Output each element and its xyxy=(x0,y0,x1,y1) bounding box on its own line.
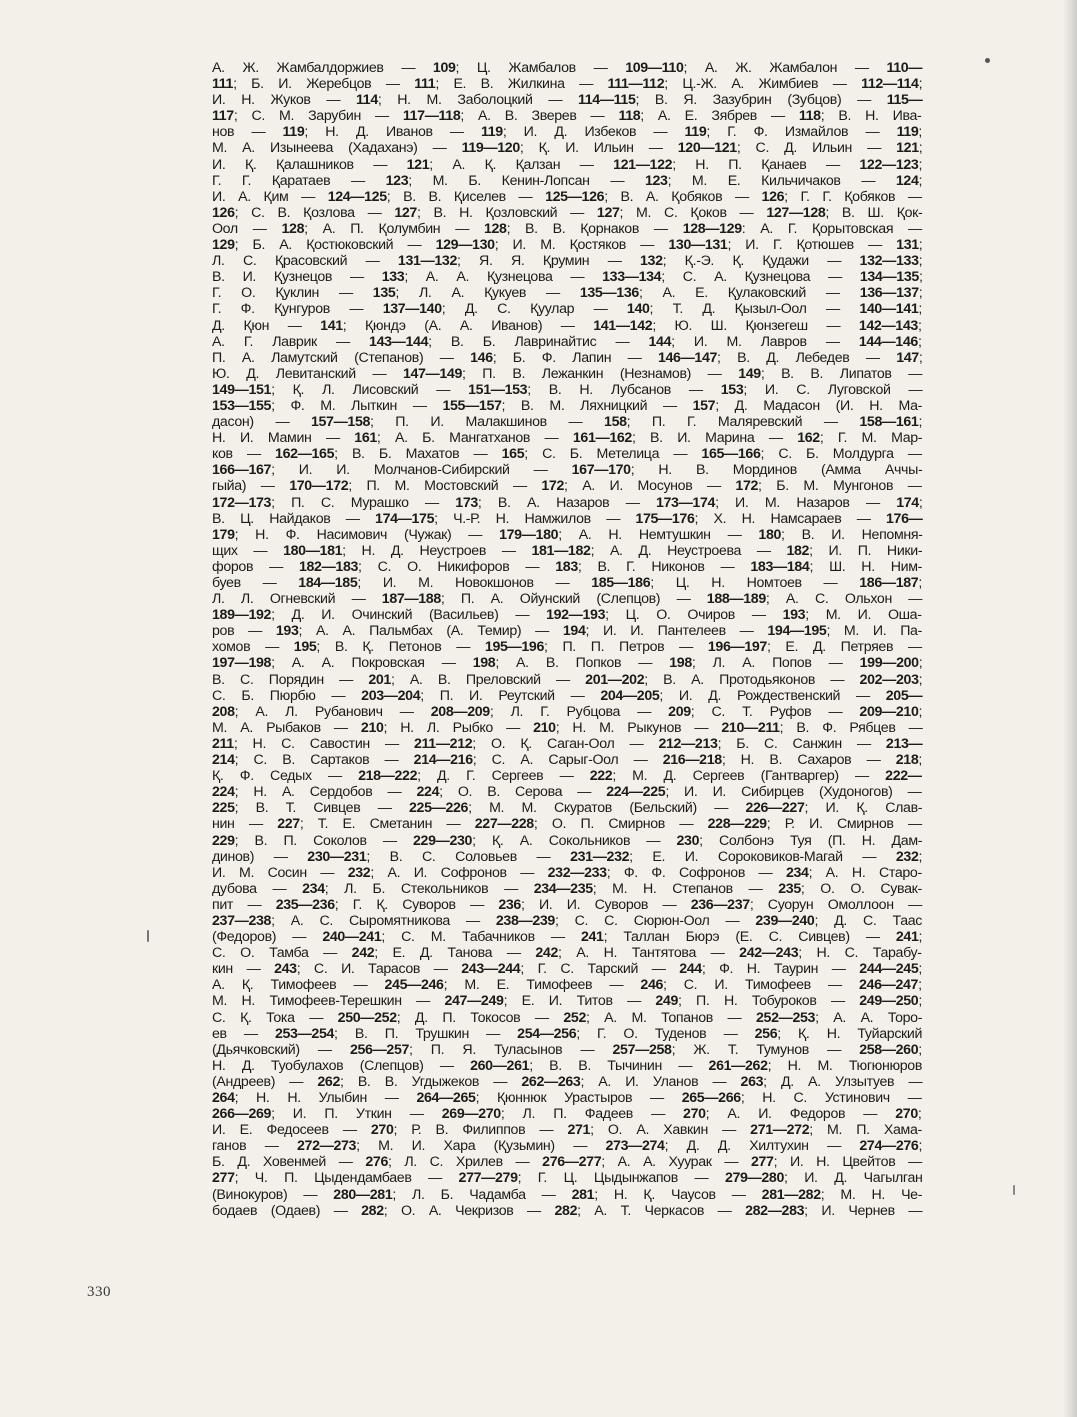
page-ref: 186—187 xyxy=(859,575,918,591)
author-name: ; xyxy=(918,334,922,350)
page-ref: 196—197 xyxy=(708,639,767,655)
page-ref: 225—226 xyxy=(409,800,468,816)
author-name: ; Л. С. Хрилев — xyxy=(388,1154,542,1170)
page-ref: 256—257 xyxy=(350,1042,409,1058)
page-ref: 210—211 xyxy=(721,720,779,736)
index-line: Л. С. Қрасовский — 131—132; Я. Я. Қрумин… xyxy=(212,253,922,269)
author-name: ; О. О. Сувак- xyxy=(801,881,922,897)
page-ref: 201—202 xyxy=(585,672,644,688)
page-ref: 222— xyxy=(885,768,921,784)
page-ref: 265—266 xyxy=(682,1090,741,1106)
author-name: ; С. Д. Ильин — xyxy=(737,140,896,156)
page-ref: 249 xyxy=(655,993,678,1009)
author-name: Л. С. Қрасовский — xyxy=(212,253,398,269)
author-name: ; xyxy=(918,575,922,591)
author-name: Г. Ф. Қунгуров — xyxy=(212,301,383,317)
page-ref: 185—186 xyxy=(591,575,650,591)
author-name: ; xyxy=(919,285,923,301)
page-ref: 224 xyxy=(416,784,439,800)
author-name: ; Ф. Н. Таурин — xyxy=(702,961,859,977)
page-ref: 125—126 xyxy=(545,189,604,205)
author-name: ; И. И. Пантелеев — xyxy=(586,623,768,639)
page-ref: 119 xyxy=(283,124,305,140)
author-name: ; Н. М. Заболоцкий — xyxy=(378,92,578,108)
author-name: ; М. Е. Тимофеев — xyxy=(444,977,641,993)
page-ref: 179—180 xyxy=(499,527,558,543)
page-ref: 264—265 xyxy=(416,1090,475,1106)
page-ref: 236 xyxy=(498,897,521,913)
author-name: ; В. Ф. Рябцев — xyxy=(780,720,923,736)
author-name: В. И. Қузнецов — xyxy=(212,269,382,285)
page-ref: 131—132 xyxy=(398,253,457,269)
author-name: ; Н. В. Мординов (Амма Аччы- xyxy=(631,462,923,478)
page-ref: 119—120 xyxy=(462,140,520,156)
page-ref: 167—170 xyxy=(572,462,631,478)
author-name: хомов — xyxy=(212,639,294,655)
author-name: ; xyxy=(919,173,923,189)
author-name: ; О. А. Хавкин — xyxy=(590,1122,750,1138)
index-line: 172—173; П. С. Мурашко — 173; В. А. Наза… xyxy=(212,495,922,511)
index-line: Оол — 128; А. П. Қолумбин — 128; В. В. Қ… xyxy=(212,221,922,237)
page-ref: 261—262 xyxy=(709,1058,768,1074)
page-ref: 192—193 xyxy=(546,607,605,623)
index-line: (Винокуров) — 280—281; Л. Б. Чадамба — 2… xyxy=(212,1187,922,1203)
page-ref: 241 xyxy=(581,929,604,945)
author-name: ; С. И. Тарасов — xyxy=(297,961,462,977)
author-name: С. Б. Пюрбю — xyxy=(212,688,361,704)
page-ref: 210 xyxy=(533,720,556,736)
page-ref: 272—273 xyxy=(297,1138,356,1154)
author-name: ; С. А. Сарыг-Оол — xyxy=(473,752,663,768)
index-line: Ю. Д. Левитанский — 147—149; П. В. Лежан… xyxy=(212,366,922,382)
page-ref: 243—244 xyxy=(461,961,520,977)
author-name: ; А. И. Софронов — xyxy=(370,865,547,881)
author-name: ; А. П. Қолумбин — xyxy=(304,221,484,237)
author-name: бодаев (Одаев) — xyxy=(212,1203,361,1219)
author-name: (Андреев) — xyxy=(212,1074,317,1090)
author-name: ; А. Д. Неустроева — xyxy=(591,543,787,559)
author-name: ; Ч. П. Цыдендамбаев — xyxy=(235,1170,459,1186)
page-ref: 262—263 xyxy=(521,1074,580,1090)
page-ref: 117—118 xyxy=(403,108,461,124)
author-name: ; В. Я. Зазубрин (Зубцов) — xyxy=(636,92,887,108)
page-ref: 134—135 xyxy=(860,269,919,285)
page-ref: 262 xyxy=(317,1074,340,1090)
page-ref: 193 xyxy=(783,607,806,623)
author-name: ; Д. А. Улзытуев — xyxy=(763,1074,922,1090)
page-ref: 111 xyxy=(414,76,435,92)
page-ref: 109—110 xyxy=(625,60,683,76)
page-ref: 172 xyxy=(541,478,564,494)
author-name: ; А. В. Преловский — xyxy=(391,672,585,688)
page-ref: 230 xyxy=(677,833,700,849)
author-name: ; С. В. Қозлова — xyxy=(235,205,395,221)
page-ref: 231—232 xyxy=(570,849,629,865)
page-ref: 282 xyxy=(554,1203,577,1219)
author-name: ; xyxy=(918,977,922,993)
author-name: А. Ж. Жамбалдоржиев — xyxy=(212,60,433,76)
page-ref: 241 xyxy=(896,929,919,945)
index-line: (Дьячковский) — 256—257; П. Я. Туласынов… xyxy=(212,1042,922,1058)
author-name: ков — xyxy=(212,446,275,462)
page-ref: 232—233 xyxy=(548,865,607,881)
page-ref: 119 xyxy=(897,124,919,140)
author-name: ; А. А. Пальмбах (А. Темир) — xyxy=(299,623,563,639)
author-name: ; Л. Б. Стекольников — xyxy=(325,881,534,897)
author-name: щих — xyxy=(212,543,283,559)
author-name: И. Н. Жуков — xyxy=(212,92,356,108)
author-name: ; В. А. Назаров — xyxy=(478,495,656,511)
index-line: 189—192; Д. И. Очинский (Васильев) — 192… xyxy=(212,607,922,623)
page-ref: 218 xyxy=(896,752,919,768)
page-ref: 232 xyxy=(896,849,919,865)
author-name: ; Г. Ц. Цыдынжапов — xyxy=(518,1170,725,1186)
index-line: И. Е. Федосеев — 270; Р. В. Филиппов — 2… xyxy=(212,1122,922,1138)
index-line: (Андреев) — 262; В. В. Угдыжеков — 262—2… xyxy=(212,1074,922,1090)
page-ref: 111—112 xyxy=(608,76,665,92)
author-name: ; В. В. Липатов — xyxy=(761,366,922,382)
page-ref: 236—237 xyxy=(691,897,750,913)
page-ref: 144 xyxy=(649,334,672,350)
author-name: ; А. Ж. Жамбалон — xyxy=(683,60,886,76)
author-name: Л. Л. Огневский — xyxy=(212,591,382,607)
author-name: А. Қ. Тимофеев — xyxy=(212,977,385,993)
author-name: ; В. Қ. Петонов — xyxy=(316,639,485,655)
author-name: ; А. А. Қузнецова — xyxy=(404,269,602,285)
page-ref: 158 xyxy=(604,414,627,430)
page-ref: 243 xyxy=(274,961,297,977)
page-ref: 226—227 xyxy=(745,800,804,816)
author-name: ; С. Т. Руфов — xyxy=(691,704,860,720)
author-name: ; П. Н. Тобуроков — xyxy=(678,993,859,1009)
author-name: ; xyxy=(919,704,923,720)
author-name: ; Ф. М. Лыткин — xyxy=(271,398,442,414)
author-name: ; xyxy=(919,495,923,511)
author-name: ; В. В. Тычинин — xyxy=(529,1058,708,1074)
author-name: ; Н. А. Сердобов — xyxy=(235,784,417,800)
page-ref: 277 xyxy=(751,1154,774,1170)
author-name: ; И. М. Қостяков — xyxy=(495,237,669,253)
page-ref: 281 xyxy=(572,1187,595,1203)
index-line: 225; В. Т. Сивцев — 225—226; М. М. Скура… xyxy=(212,800,922,816)
author-name: ; А. В. Зверев — xyxy=(460,108,618,124)
page-ref: 195 xyxy=(294,639,317,655)
page-ref: 128 xyxy=(281,221,304,237)
author-name: ; Д. Д. Хилтухин — xyxy=(665,1138,860,1154)
author-name: ; Ш. Н. Ним- xyxy=(809,559,922,575)
index-line: С. Қ. Тока — 250—252; Д. П. Токосов — 25… xyxy=(212,1010,922,1026)
index-line: 126; С. В. Қозлова — 127; В. Н. Қозловск… xyxy=(212,205,922,221)
page-ref: 212—213 xyxy=(658,736,717,752)
author-name: ; Е. Д. Танова — xyxy=(374,945,535,961)
author-name: Ю. Д. Левитанский — xyxy=(212,366,403,382)
page-ref: 276 xyxy=(365,1154,388,1170)
author-name: ; А. Е. Зябрев — xyxy=(640,108,799,124)
author-name: ; Ц. Жамбалов — xyxy=(456,60,626,76)
page-ref: 115— xyxy=(887,92,923,108)
index-line: В. И. Қузнецов — 133; А. А. Қузнецова — … xyxy=(212,269,922,285)
page-ref: 120—121 xyxy=(678,140,737,156)
author-name: (Федоров) — xyxy=(212,929,322,945)
page-ref: 281—282 xyxy=(762,1187,821,1203)
author-name: ; В. Д. Лебедев — xyxy=(717,350,896,366)
page-ref: 157 xyxy=(693,398,716,414)
author-name: ; Қ. Л. Лисовский — xyxy=(271,382,468,398)
page-ref: 197—198 xyxy=(212,655,271,671)
author-name: ; В. В. Қорнаков — xyxy=(507,221,683,237)
page-ref: 209—210 xyxy=(859,704,918,720)
page-ref: 118 xyxy=(799,108,821,124)
page-ref: 264 xyxy=(212,1090,235,1106)
author-name: ; Г. Ф. Измайлов — xyxy=(706,124,896,140)
page-ref: 277—279 xyxy=(459,1170,518,1186)
page-ref: 162 xyxy=(797,430,820,446)
author-name: ; В. Б. Махатов — xyxy=(334,446,502,462)
author-name: ; И. П. Уткин — xyxy=(271,1106,442,1122)
page-ref: 179 xyxy=(212,527,235,543)
index-line: хомов — 195; В. Қ. Петонов — 195—196; П.… xyxy=(212,639,922,655)
page-ref: 118 xyxy=(618,108,640,124)
page-ref: 239—240 xyxy=(755,913,814,929)
author-name: ; Д. Мадасон (И. Н. Ма- xyxy=(715,398,922,414)
page-ref: 131 xyxy=(896,237,919,253)
page-ref: 234 xyxy=(302,881,325,897)
page-ref: 271—272 xyxy=(750,1122,809,1138)
index-line: М. А. Изынеева (Хадаханэ) — 119—120; Қ. … xyxy=(212,140,922,156)
author-name: ; С. Б. Молдурга — xyxy=(761,446,922,462)
index-line: ков — 162—165; В. Б. Махатов — 165; С. Б… xyxy=(212,446,922,462)
author-name: кин — xyxy=(212,961,274,977)
page-ref: 127 xyxy=(394,205,417,221)
page-ref: 157—158 xyxy=(311,414,370,430)
author-name: ; В. Г. Никонов — xyxy=(578,559,751,575)
author-name: ; В. П. Трушкин — xyxy=(334,1026,517,1042)
index-text-block: А. Ж. Жамбалдоржиев — 109; Ц. Жамбалов —… xyxy=(212,60,922,1219)
page-ref: 253—254 xyxy=(275,1026,334,1042)
author-name: ; А. А. Покровская — xyxy=(271,655,473,671)
page-ref: 189—192 xyxy=(212,607,271,623)
page-ref: 175—176 xyxy=(635,511,694,527)
page-ref: 224 xyxy=(212,784,235,800)
author-name: ; Н. Л. Рыбко — xyxy=(384,720,534,736)
author-name: ; Ц. О. Очиров — xyxy=(605,607,782,623)
page-ref: 227—228 xyxy=(475,816,534,832)
author-name: ; Е. В. Жилкина — xyxy=(435,76,607,92)
page-ref: 242 xyxy=(535,945,558,961)
page-ref: 117 xyxy=(212,108,234,124)
author-name: ; С. И. Тимофеев — xyxy=(663,977,859,993)
author-name: ; А. С. Ольхон — xyxy=(766,591,922,607)
author-name: ; А. И. Уланов — xyxy=(580,1074,740,1090)
page-ref: 114 xyxy=(356,92,378,108)
author-name: В. Ц. Найдаков — xyxy=(212,511,375,527)
page-ref: 234 xyxy=(786,865,809,881)
author-name: ; В. Н. Лубсанов — xyxy=(527,382,721,398)
page-ref: 230—231 xyxy=(307,849,366,865)
author-name: ; С. М. Зарубин — xyxy=(234,108,403,124)
page-ref: 193 xyxy=(276,623,299,639)
author-name: ; П. И. Малакшинов — xyxy=(370,414,604,430)
page-ref: 183—184 xyxy=(750,559,809,575)
page-ref: 110— xyxy=(886,60,922,76)
page-ref: 254—256 xyxy=(517,1026,576,1042)
page-ref: 203—204 xyxy=(361,688,420,704)
index-line: 277; Ч. П. Цыдендамбаев — 277—279; Г. Ц.… xyxy=(212,1170,922,1186)
author-name: ; М. И. Хара (Қузьмин) — xyxy=(356,1138,605,1154)
index-line: И. Қ. Қалашников — 121; А. Қ. Қалзан — 1… xyxy=(212,157,922,173)
author-name: пит — xyxy=(212,897,276,913)
page-ref: 246 xyxy=(640,977,663,993)
author-name: ; Г. Г. Қобяков — xyxy=(784,189,922,205)
page-ref: 121 xyxy=(896,140,919,156)
author-name: ; Т. Е. Сметанин — xyxy=(300,816,475,832)
page-ref: 229 xyxy=(212,833,235,849)
author-name: ; А. Н. Тантятова — xyxy=(558,945,739,961)
page-ref: 218—222 xyxy=(358,768,417,784)
author-name: ; В. П. Соколов — xyxy=(235,833,413,849)
author-name: ; В. М. Ляхницкий — xyxy=(502,398,693,414)
index-line: (Федоров) — 240—241; С. М. Табачников — … xyxy=(212,929,922,945)
author-name: ; Қюннюк Урастыров — xyxy=(476,1090,682,1106)
page-ref: 146—147 xyxy=(658,350,717,366)
page-ref: 119 xyxy=(685,124,707,140)
page-ref: 144—146 xyxy=(859,334,918,350)
author-name: ; П. Г. Маляревский — xyxy=(627,414,860,430)
author-name: ; Қ. И. Ильин — xyxy=(520,140,678,156)
scan-speck xyxy=(1013,1185,1015,1195)
author-name: ; П. И. Реутский — xyxy=(420,688,600,704)
author-name: ; Н. М. Тюгюнюров xyxy=(768,1058,922,1074)
page-ref: 225 xyxy=(212,800,235,816)
page-ref: 174—175 xyxy=(375,511,434,527)
author-name: Оол — xyxy=(212,221,281,237)
author-name: ; М. П. Хама- xyxy=(809,1122,922,1138)
page-ref: 238—239 xyxy=(496,913,555,929)
author-name: ; xyxy=(919,350,923,366)
author-name: ; В. В. Угдыжеков — xyxy=(340,1074,521,1090)
page-ref: 208 xyxy=(212,704,235,720)
author-name: ; А. А. Хуурак — xyxy=(601,1154,751,1170)
page-ref: 273—274 xyxy=(605,1138,664,1154)
author-name: ; А. И. Мосунов — xyxy=(564,478,735,494)
index-line: 266—269; И. П. Уткин — 269—270; Л. П. Фа… xyxy=(212,1106,922,1122)
author-name: ; xyxy=(918,157,922,173)
page-ref: 172—173 xyxy=(212,495,271,511)
scan-speck xyxy=(985,58,990,63)
author-name: ров — xyxy=(212,623,276,639)
author-name: ; П. Я. Туласынов — xyxy=(409,1042,612,1058)
author-name: ; xyxy=(919,269,923,285)
page-ref: 201 xyxy=(368,672,391,688)
author-name: Н. И. Мамин — xyxy=(212,430,354,446)
index-line: В. Ц. Найдаков — 174—175; Ч.-Р. Н. Намжи… xyxy=(212,511,922,527)
page-ref: 198 xyxy=(473,655,496,671)
page-ref: 141—142 xyxy=(593,318,652,334)
index-line: 179; Н. Ф. Насимович (Чужак) — 179—180; … xyxy=(212,527,922,543)
author-name: ; В. Н. Ива- xyxy=(821,108,922,124)
page-ref: 232 xyxy=(348,865,371,881)
page-ref: 165 xyxy=(502,446,525,462)
page-ref: 266—269 xyxy=(212,1106,271,1122)
page-ref: 274—276 xyxy=(859,1138,918,1154)
index-line: И. А. Қим — 124—125; В. В. Қиселев — 125… xyxy=(212,189,922,205)
index-line: Б. Д. Ховенмей — 276; Л. С. Хрилев — 276… xyxy=(212,1154,922,1170)
page-ref: 195—196 xyxy=(485,639,544,655)
page-ref: 249—250 xyxy=(859,993,918,1009)
page-ref: 174 xyxy=(896,495,919,511)
author-name: ; М. С. Қоков — xyxy=(620,205,767,221)
author-name: ; В. И. Марина — xyxy=(632,430,797,446)
index-line: кин — 243; С. И. Тарасов — 243—244; Г. С… xyxy=(212,961,922,977)
page-ref: 143—144 xyxy=(369,334,428,350)
author-name: И. М. Сосин — xyxy=(212,865,348,881)
author-name: П. А. Ламутский (Степанов) — xyxy=(212,350,470,366)
page-ref: 202—203 xyxy=(860,672,919,688)
page-ref: 140—141 xyxy=(859,301,918,317)
index-line: С. О. Тамба — 242; Е. Д. Танова — 242; А… xyxy=(212,945,922,961)
page-ref: 269—270 xyxy=(442,1106,501,1122)
scan-speck xyxy=(147,930,149,942)
author-name: ; xyxy=(919,672,923,688)
page-ref: 112—114 xyxy=(861,76,919,92)
author-name: ; М. Н. Степанов — xyxy=(593,881,778,897)
page-ref: 149 xyxy=(738,366,761,382)
author-name: ; И. Н. Цвейтов — xyxy=(774,1154,922,1170)
author-name: ; Р. В. Филиппов — xyxy=(393,1122,567,1138)
author-name: ; И. Г. Қотюшев — xyxy=(727,237,896,253)
author-name: (Дьячковский) — xyxy=(212,1042,350,1058)
page-ref: 155—157 xyxy=(442,398,501,414)
author-name: ; Н. С. Тарабу- xyxy=(798,945,921,961)
page-ref: 151—153 xyxy=(468,382,527,398)
page-ref: 257—258 xyxy=(613,1042,672,1058)
index-line: 211; Н. С. Савостин — 211—212; О. Қ. Саг… xyxy=(212,736,922,752)
author-name: ; Г. М. Мар- xyxy=(820,430,922,446)
author-name: ; xyxy=(919,253,923,269)
page-ref: 276—277 xyxy=(542,1154,601,1170)
page-ref: 244—245 xyxy=(859,961,918,977)
author-name: форов — xyxy=(212,559,299,575)
author-name: ; И. И. Суворов — xyxy=(521,897,691,913)
author-name: С. О. Тамба — xyxy=(212,945,352,961)
author-name: Г. О. Қуклин — xyxy=(212,285,373,301)
author-name: ; Н. Қ. Чаусов — xyxy=(594,1187,761,1203)
page-ref: 172 xyxy=(735,478,758,494)
page-number: 330 xyxy=(87,1284,111,1301)
page-ref: 270 xyxy=(895,1106,918,1122)
page-ref: 224—225 xyxy=(606,784,665,800)
author-name: М. А. Изынеева (Хадаханэ) — xyxy=(212,140,462,156)
author-name: ; И. П. Ники- xyxy=(809,543,922,559)
author-name: ; И. М. Назаров — xyxy=(715,495,896,511)
index-line: 149—151; Қ. Л. Лисовский — 151—153; В. Н… xyxy=(212,382,922,398)
page-ref: 183 xyxy=(555,559,578,575)
page-ref: 147 xyxy=(896,350,919,366)
page-ref: 199—200 xyxy=(860,655,919,671)
author-name: буев — xyxy=(212,575,298,591)
author-name: ; Г. Қ. Суворов — xyxy=(335,897,499,913)
author-name: ; Е. Д. Петряев — xyxy=(767,639,922,655)
page-ref: 214 xyxy=(212,752,235,768)
index-line: П. А. Ламутский (Степанов) — 146; Б. Ф. … xyxy=(212,350,922,366)
page-ref: 158—161 xyxy=(859,414,918,430)
author-name: ; В. Б. Лавринайтис — xyxy=(428,334,648,350)
page-ref: 205— xyxy=(886,688,922,704)
index-line: И. Н. Жуков — 114; Н. М. Заболоцкий — 11… xyxy=(212,92,922,108)
page-ref: 128 xyxy=(484,221,507,237)
page-ref: 279—280 xyxy=(725,1170,784,1186)
author-name: ; Л. П. Фадеев — xyxy=(501,1106,683,1122)
